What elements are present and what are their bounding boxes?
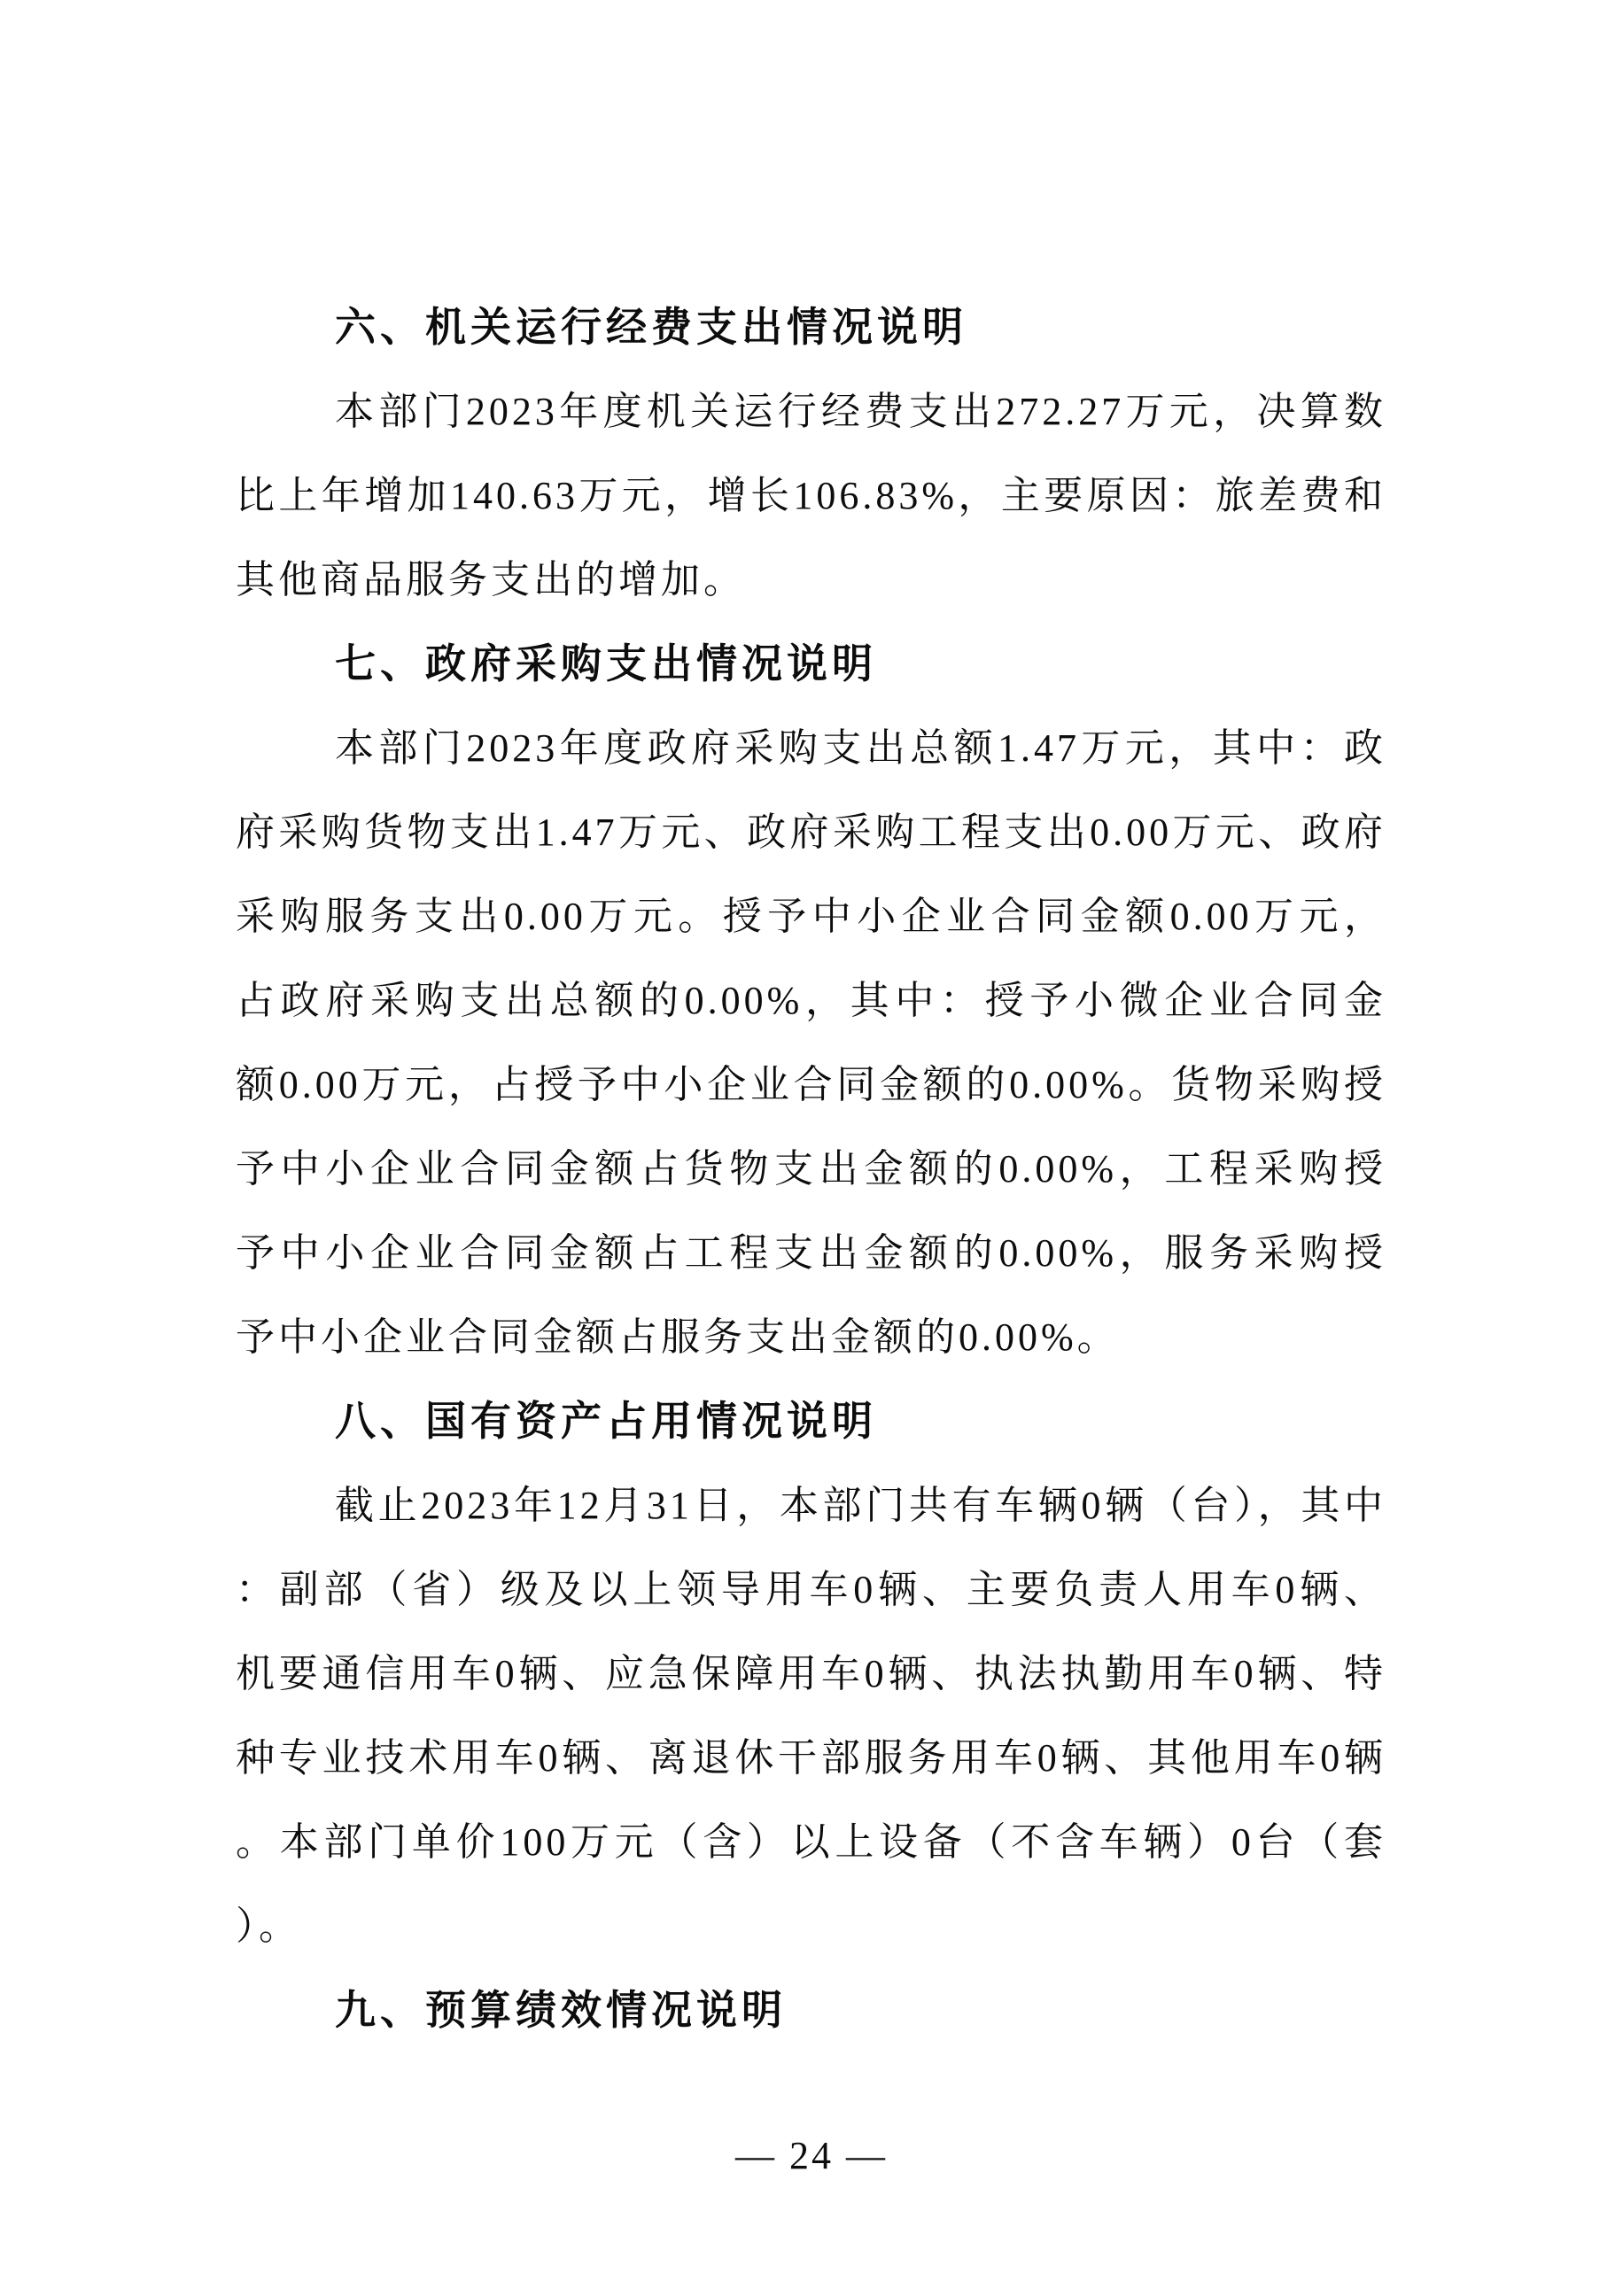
- text-line: 比上年增加140.63万元，增长106.83%，主要原因：旅差费和: [236, 454, 1386, 538]
- text-line: 予中小企业合同金额占工程支出金额的0.00%，服务采购授: [236, 1211, 1386, 1295]
- text-line: ）。: [236, 1884, 1386, 1968]
- text-line: 本部门2023年度机关运行经费支出272.27万元，决算数: [236, 369, 1386, 454]
- page-canvas: 六、机关运行经费支出情况说明本部门2023年度机关运行经费支出272.27万元，…: [0, 0, 1623, 2296]
- text-line: 予中小企业合同金额占服务支出金额的0.00%。: [236, 1295, 1386, 1379]
- section-heading: 七、政府采购支出情况说明: [236, 622, 1386, 706]
- section-heading: 九、预算绩效情况说明: [236, 1968, 1386, 2052]
- text-line: 种专业技术用车0辆、离退休干部服务用车0辆、其他用车0辆: [236, 1716, 1386, 1800]
- text-line: 其他商品服务支出的增加。: [236, 538, 1386, 622]
- text-line: 府采购货物支出1.47万元、政府采购工程支出0.00万元、政府: [236, 790, 1386, 874]
- text-line: 额0.00万元，占授予中小企业合同金额的0.00%。货物采购授: [236, 1043, 1386, 1127]
- text-line: 机要通信用车0辆、应急保障用车0辆、执法执勤用车0辆、特: [236, 1632, 1386, 1716]
- page-number: — 24 —: [735, 2134, 888, 2177]
- text-line: 截止2023年12月31日，本部门共有车辆0辆（台），其中: [236, 1463, 1386, 1547]
- text-line: 本部门2023年度政府采购支出总额1.47万元，其中：政: [236, 706, 1386, 790]
- text-line: 。本部门单价100万元（含）以上设备（不含车辆）0台（套: [236, 1800, 1386, 1884]
- text-line: ：副部（省）级及以上领导用车0辆、主要负责人用车0辆、: [236, 1547, 1386, 1632]
- text-line: 占政府采购支出总额的0.00%，其中：授予小微企业合同金: [236, 958, 1386, 1043]
- document-page: { "page": { "background_color": "#ffffff…: [0, 0, 1623, 2296]
- section-heading: 八、国有资产占用情况说明: [236, 1379, 1386, 1463]
- text-line: 采购服务支出0.00万元。授予中小企业合同金额0.00万元，: [236, 874, 1386, 958]
- document-body: 六、机关运行经费支出情况说明本部门2023年度机关运行经费支出272.27万元，…: [236, 285, 1386, 2052]
- page-footer: — 24 —: [0, 2133, 1623, 2178]
- section-heading: 六、机关运行经费支出情况说明: [236, 285, 1386, 369]
- text-line: 予中小企业合同金额占货物支出金额的0.00%，工程采购授: [236, 1127, 1386, 1211]
